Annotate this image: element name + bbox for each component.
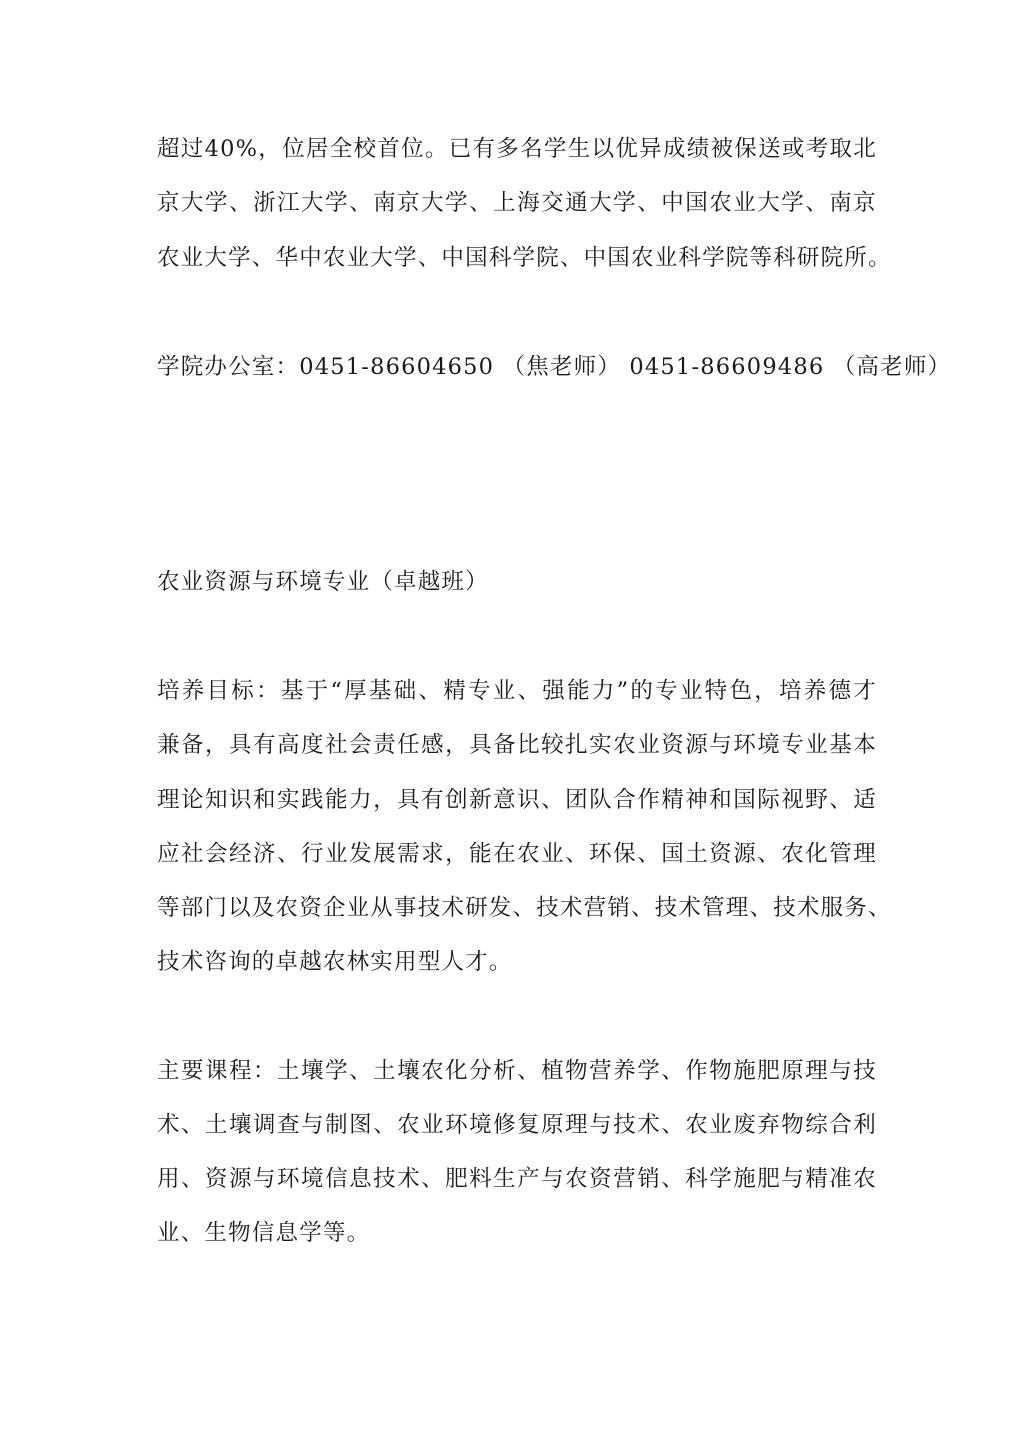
text-line: 主要课程：土壤学、土壤农化分析、植物营养学、作物施肥原理与技 bbox=[157, 1056, 877, 1086]
text-line: 农业大学、华中农业大学、中国科学院、中国农业科学院等科研院所。 bbox=[157, 243, 877, 273]
document-page: 超过40%，位居全校首位。已有多名学生以优异成绩被保送或考取北 京大学、浙江大学… bbox=[0, 0, 1024, 1447]
office-contact-line: 学院办公室：0451-86604650 （焦老师） 0451-86609486 … bbox=[157, 352, 877, 382]
text-line: 术、土壤调查与制图、农业环境修复原理与技术、农业废弃物综合利 bbox=[157, 1110, 877, 1140]
text-line: 超过40%，位居全校首位。已有多名学生以优异成绩被保送或考取北 bbox=[157, 134, 877, 164]
text-line: 培养目标：基于“厚基础、精专业、强能力”的专业特色，培养德才 bbox=[157, 676, 877, 706]
text-line: 应社会经济、行业发展需求，能在农业、环保、国土资源、农化管理 bbox=[157, 839, 877, 869]
text-line: 理论知识和实践能力，具有创新意识、团队合作精神和国际视野、适 bbox=[157, 785, 877, 815]
section-title: 农业资源与环境专业（卓越班） bbox=[157, 567, 877, 597]
text-line: 技术咨询的卓越农林实用型人才。 bbox=[157, 947, 877, 977]
text-line: 兼备，具有高度社会责任感，具备比较扎实农业资源与环境专业基本 bbox=[157, 730, 877, 760]
text-line: 京大学、浙江大学、南京大学、上海交通大学、中国农业大学、南京 bbox=[157, 188, 877, 218]
text-line: 等部门以及农资企业从事技术研发、技术营销、技术管理、技术服务、 bbox=[157, 893, 877, 923]
text-line: 业、生物信息学等。 bbox=[157, 1218, 877, 1248]
text-line: 用、资源与环境信息技术、肥料生产与农资营销、科学施肥与精准农 bbox=[157, 1164, 877, 1194]
